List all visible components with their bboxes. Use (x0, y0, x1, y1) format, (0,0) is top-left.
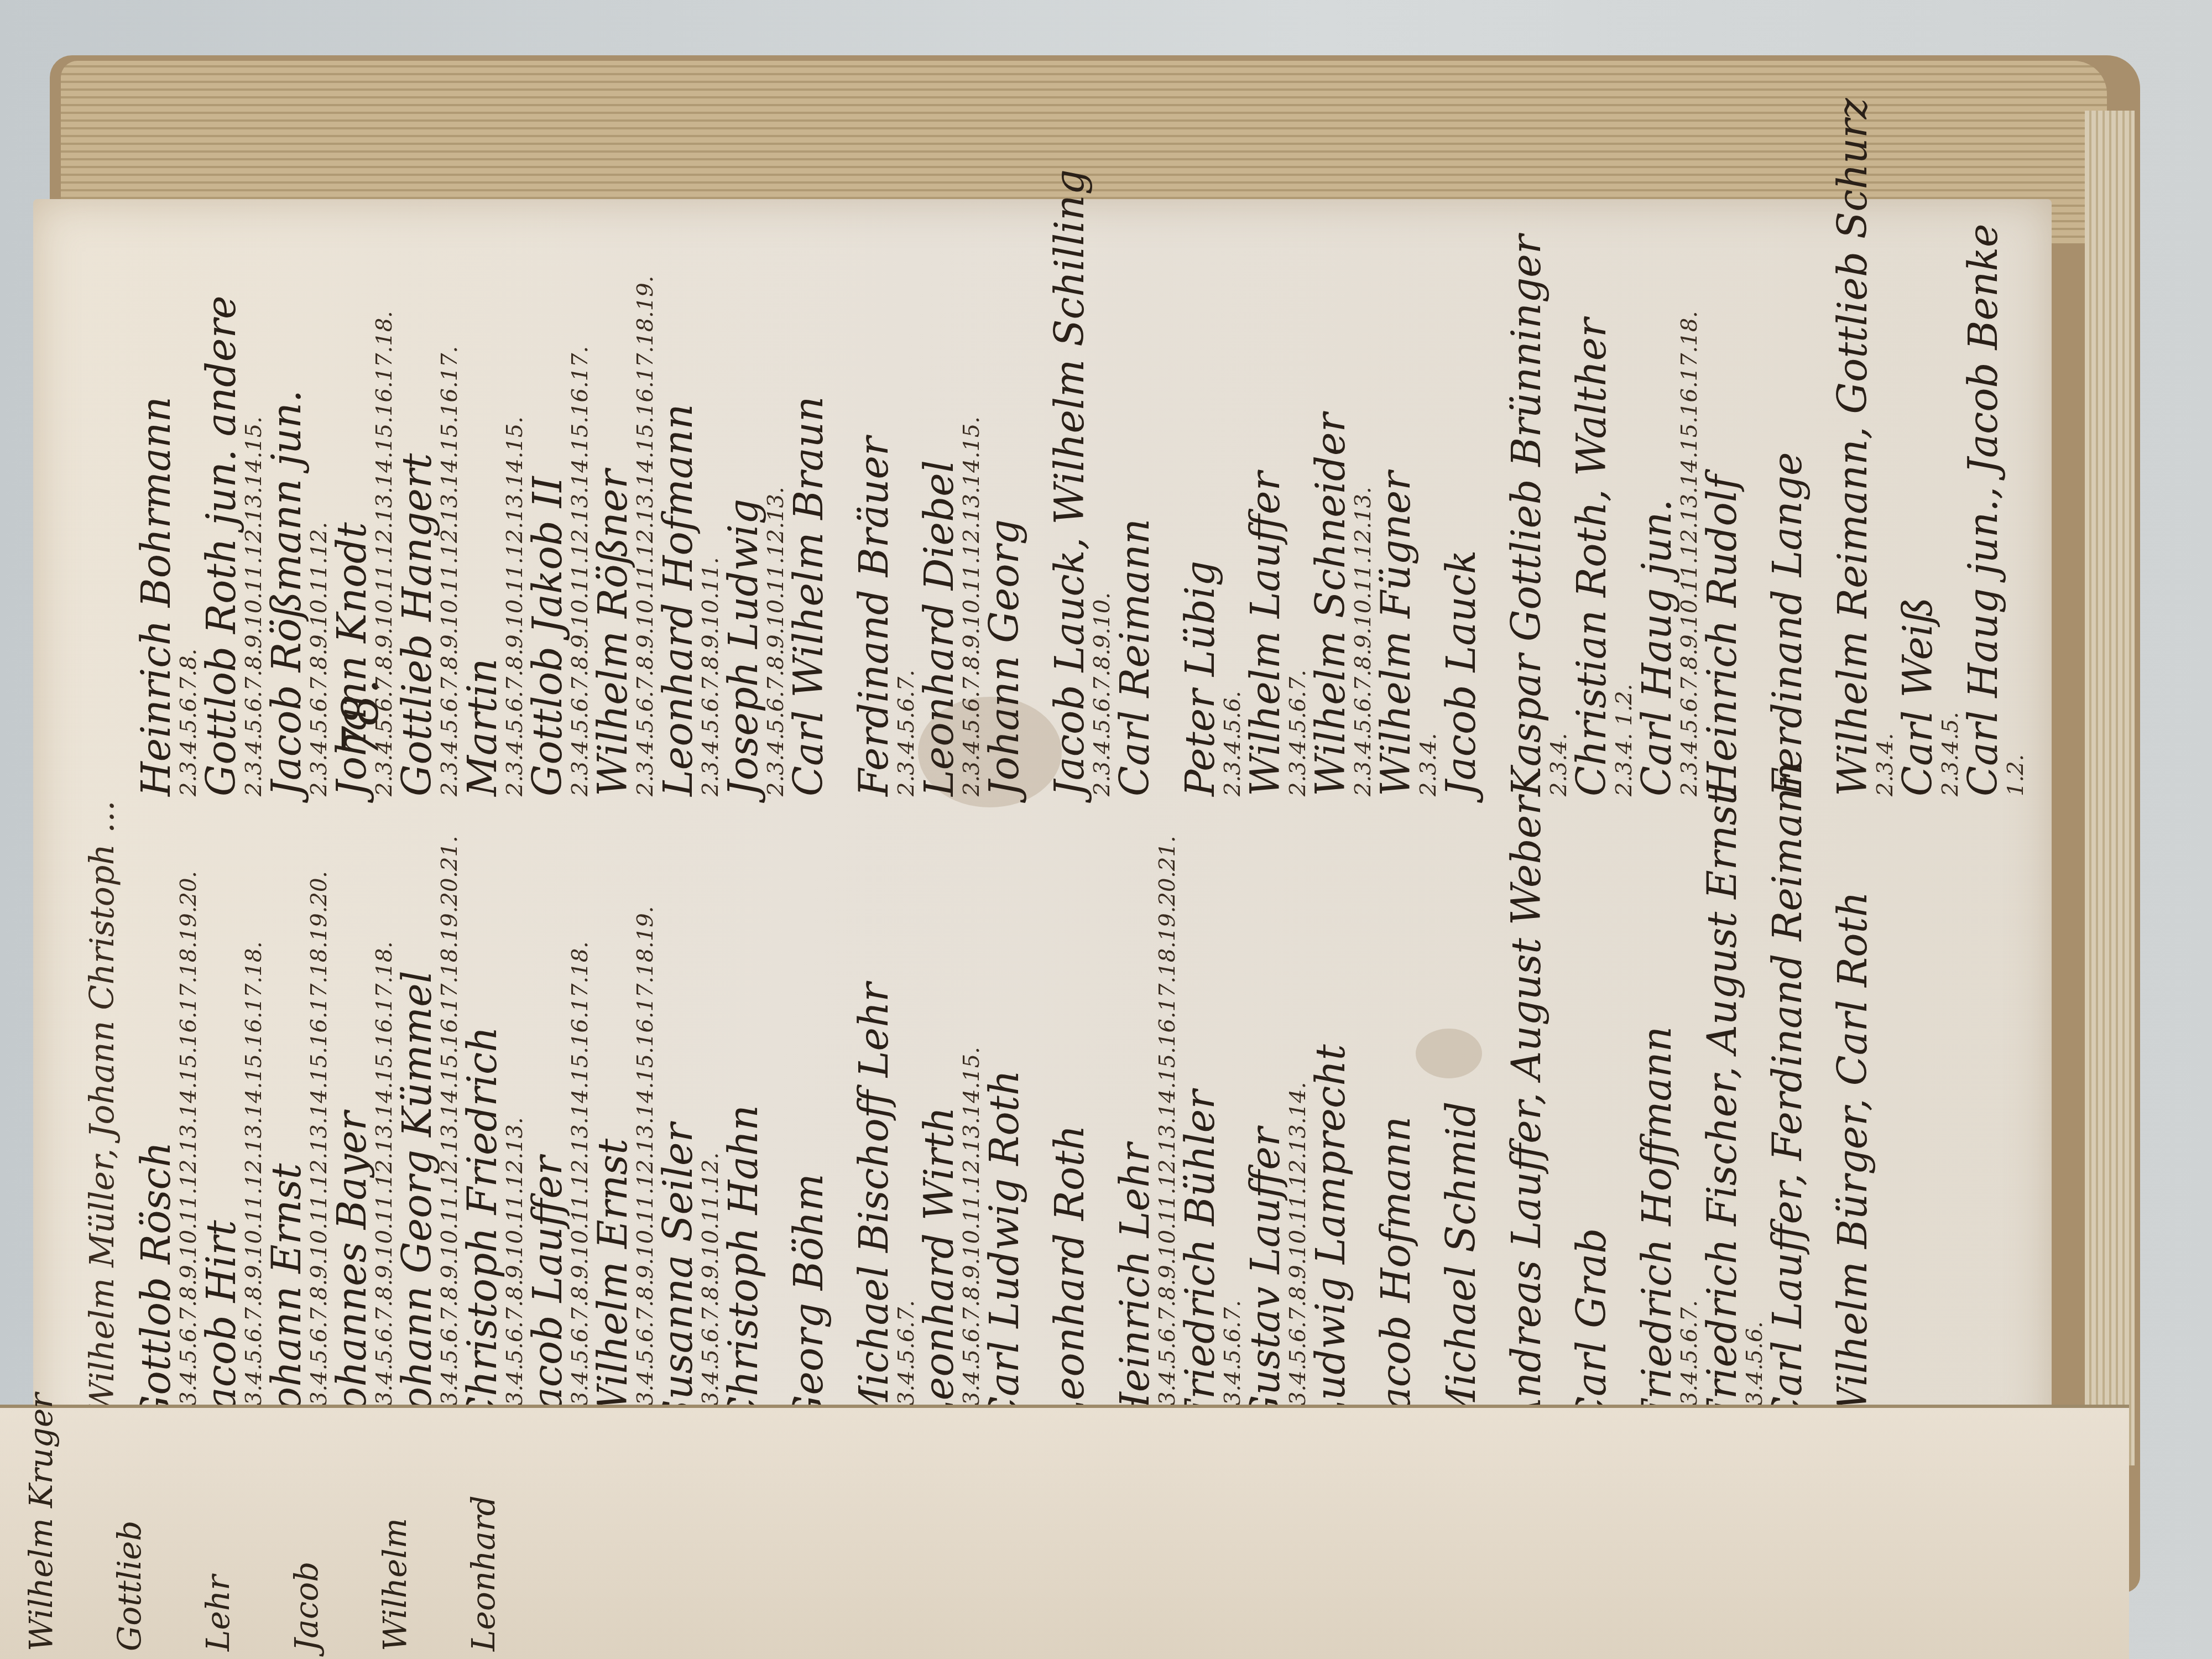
ledger-entry-name: Wilhelm Rößner (589, 469, 636, 796)
ledger-page: 78. Wilhelm Müller, Johann Christoph … G… (33, 199, 2052, 1449)
ledger-entry-name: Jacob Lauck, Wilhelm Schilling (1046, 169, 1093, 796)
ledger-entry-name: Peter Lübig (1177, 561, 1223, 796)
ledger-entry-name: Friedrich Hoffmann (1634, 1026, 1680, 1427)
ledger-entry-name: Leonhard Wirth (916, 1107, 962, 1427)
ledger-entry-name: Jacob Lauck (1438, 550, 1484, 797)
ledger-entry-name: Wilhelm Lauffer (1242, 472, 1288, 796)
ledger-entry-name: Carl Lauffer, Ferdinand Reimann (1764, 762, 1811, 1427)
ledger-entry-name: Gottlieb Hangert (394, 453, 440, 796)
ledger-entry-name: Johannes Bayer (328, 1112, 375, 1427)
ledger-entry-name: Susanna Seiler (655, 1123, 701, 1427)
ledger-entry-name: Gottlob Jakob II (524, 476, 571, 796)
ledger-entry-name: Carl Haug jun., Jacob Benke (1960, 223, 2006, 796)
ledger-entry-name: Gustav Lauffer (1242, 1128, 1288, 1427)
facing-page-fragment: Jacob (288, 1562, 325, 1651)
facing-page-fragment: Gottlieb (111, 1521, 148, 1651)
ledger-entry-numbers: 1.2. (2003, 754, 2028, 796)
ledger-entry-name: Georg Böhm (785, 1173, 832, 1427)
ledger-entry-name: Christoph Hahn (720, 1105, 766, 1427)
ledger-entry-name: Joseph Ludwig (720, 499, 766, 796)
ledger-entry-name: Wilhelm Schneider (1307, 413, 1354, 796)
ledger-entry-name: Heinrich Bohrmann (133, 397, 179, 796)
ledger-entry-name: Christoph Friedrich (459, 1026, 505, 1427)
ledger-entry-name: Heinrich Lehr (1112, 1143, 1158, 1427)
ledger-entry-name: Carl Ludwig Roth (981, 1070, 1027, 1427)
ledger-entry-name: Jacob Lauffer (524, 1156, 571, 1427)
ledger-entry-name: Michael Schmid (1438, 1102, 1484, 1427)
ledger-entry-name: Johann Georg (981, 519, 1027, 796)
ledger-entry-name: Gottlob Roth jun. andere (198, 295, 244, 796)
facing-page: Wilhelm KrugerGottliebLehrJacobWilhelmLe… (0, 1405, 2129, 1659)
ledger-entry-name: Michael Bischoff Lehr (851, 983, 897, 1427)
ledger-entry-name: Friedrich Bühler (1177, 1090, 1223, 1427)
ledger-entry-name: Friedrich Fischer, August Ernst (1699, 789, 1745, 1427)
ledger-entry-name: Leonhard Diebel (916, 460, 962, 796)
ledger-entry-name: Wilhelm Bürger, Carl Roth (1829, 891, 1876, 1427)
ledger-entry-name: Jacob Hofmann (1373, 1117, 1419, 1427)
ledger-entry-name: Ludwig Lamprecht (1307, 1044, 1354, 1427)
ledger-entry-name: Leonhard Roth (1046, 1125, 1093, 1427)
ledger-entry-name: Carl Haug jun. (1634, 499, 1680, 796)
ledger-entry-name: Johann Georg Kümmel (394, 971, 440, 1427)
ledger-entry-name: Kaspar Gottlieb Brünninger (1503, 235, 1550, 796)
ledger-entry-name: Carl Weiß (1895, 597, 1941, 796)
facing-page-fragment: Lehr (199, 1575, 237, 1651)
ledger-entry-name: Wilhelm Reimann, Gottlieb Schurz (1829, 98, 1876, 796)
page-edges-right (2085, 111, 2135, 1465)
ledger-entry-name: Carl Reimann (1112, 519, 1158, 796)
ledger-entry-name: Ferdinand Lange (1764, 452, 1811, 796)
ledger-entry-name: Johann Ernst (263, 1164, 310, 1427)
ledger-entry-name: Jacob Hirt (198, 1220, 244, 1427)
ledger-entry-name: Carl Grab (1568, 1228, 1615, 1427)
facing-page-fragment: Wilhelm (376, 1518, 414, 1651)
ledger-entry-name: Martin (459, 659, 505, 796)
ledger-entry-name: Andreas Lauffer, August Weber (1503, 796, 1550, 1427)
ledger-entry-name: Leonhard Hofmann (655, 404, 701, 796)
ledger-entry-name: Christian Roth, Walther (1568, 318, 1615, 796)
ledger-entry-name: Wilhelm Ernst (589, 1139, 636, 1427)
ledger-entry-name: Ferdinand Bräuer (851, 437, 897, 796)
ledger-entry-name: Wilhelm Fügner (1373, 471, 1419, 796)
facing-page-fragment: Wilhelm Kruger (22, 1393, 60, 1651)
rotated-text-layer: 78. Wilhelm Müller, Johann Christoph … G… (33, 199, 2052, 1449)
facing-page-fragment: Leonhard (465, 1495, 502, 1651)
ledger-entry-name: Carl Wilhelm Braun (785, 397, 832, 796)
page-header: Wilhelm Müller, Johann Christoph … (83, 800, 122, 1416)
ledger-entry-name: Jacob Rößmann jun. (263, 390, 310, 796)
ledger-entry-name: Johann Knodt (328, 522, 375, 796)
ledger-entry-name: Gottlob Rösch (133, 1142, 179, 1427)
ledger-entry-name: Heinrich Rudolf (1699, 474, 1745, 796)
